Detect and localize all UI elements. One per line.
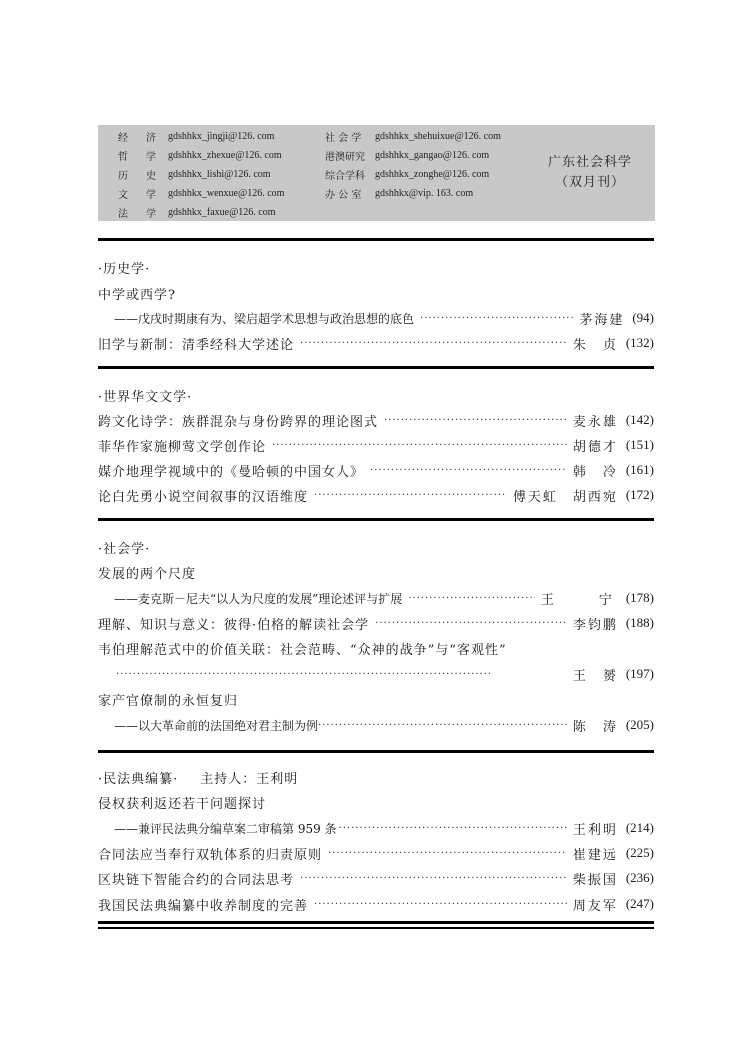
toc-entry[interactable]: ——麦克斯－尼夫“以人为尺度的发展”理论述评与扩展 ··············… [98, 588, 654, 608]
contact-label: 办 公 室 [325, 186, 367, 201]
entry-title: 论白先勇小说空间叙事的汉语维度 [98, 486, 308, 505]
entry-page: (214) [626, 820, 654, 836]
leader-dots: ········································… [272, 440, 567, 451]
entry-page: (236) [626, 870, 654, 886]
toc-entry[interactable]: 我国民法典编纂中收养制度的完善 ························… [98, 894, 654, 914]
contact-email[interactable]: gdshhkx@vip. 163. com [375, 188, 473, 199]
entry-subtitle: ——戊戌时期康有为、梁启超学术思想与政治思想的底色 [114, 310, 414, 327]
entry-author: 柴振国 [573, 869, 618, 888]
leader-dots: ········································… [328, 848, 567, 859]
entry-subtitle: ——兼评民法典分编草案二审稿第 959 条 [114, 820, 337, 837]
contact-label: 法学 [118, 205, 156, 220]
contact-email[interactable]: gdshhkx_wenxue@126. com [168, 188, 284, 199]
entry-author: 崔建远 [573, 844, 618, 863]
journal-title: 广东社会科学 （双月刊） [540, 153, 640, 193]
entry-page: (247) [626, 896, 654, 912]
toc-entry-title[interactable]: 发展的两个尺度 [98, 562, 654, 582]
entry-title: 合同法应当奉行双轨体系的归责原则 [98, 844, 322, 863]
contact-email[interactable]: gdshhkx_zhexue@126. com [168, 150, 282, 161]
entry-title: 区块链下智能合约的合同法思考 [98, 869, 294, 888]
contact-email[interactable]: gdshhkx_zonghe@126. com [375, 169, 489, 180]
entry-title: 媒介地理学视域中的《曼哈顿的中国女人》 [98, 461, 364, 480]
bottom-divider-bottom [98, 927, 654, 929]
leader-dots: ········································… [300, 873, 567, 884]
leader-dots: ········································… [370, 465, 567, 476]
journal-frequency: （双月刊） [540, 173, 640, 193]
toc-entry-title[interactable]: 侵权获利返还若干问题探讨 [98, 792, 654, 812]
toc-entry[interactable]: 跨文化诗学：族群混杂与身份跨界的理论图式 ···················… [98, 410, 654, 430]
entry-author: 王 宁 [541, 589, 628, 608]
entry-page: (197) [626, 666, 654, 682]
leader-dots: ········································… [384, 415, 567, 426]
entry-title: 旧学与新制：清季经科大学述论 [98, 334, 294, 353]
entry-author: 胡德才 [573, 436, 618, 455]
contact-label: 经济 [118, 129, 156, 144]
contact-label: 港澳研究 [325, 148, 367, 163]
entry-author: 李钧鹏 [573, 614, 618, 633]
section-heading-label: ·民法典编纂· [98, 768, 178, 787]
entry-author: 麦永雄 [573, 411, 618, 430]
contact-email[interactable]: gdshhkx_jingji@126. com [168, 131, 274, 142]
toc-entry[interactable]: ——兼评民法典分编草案二审稿第 959 条 ··················… [98, 818, 654, 838]
contact-row-office: 办 公 室 gdshhkx@vip. 163. com [325, 184, 473, 203]
entry-author: 傅天虹 胡西宛 [513, 486, 618, 505]
leader-dots: ········································… [339, 823, 567, 834]
contact-row-philosophy: 哲学 gdshhkx_zhexue@126. com [118, 146, 282, 165]
toc-entry[interactable]: 区块链下智能合约的合同法思考 ·························… [98, 868, 654, 888]
entry-author: 朱 贞 [573, 334, 618, 353]
section-divider [98, 518, 654, 521]
section-heading-history: ·历史学· [98, 257, 654, 277]
toc-entry[interactable]: ——以大革命前的法国绝对君主制为例 ······················… [98, 715, 654, 735]
section-heading-world-chinese-literature: ·世界华文文学· [98, 385, 654, 405]
contact-label: 文学 [118, 186, 156, 201]
leader-dots: ········································… [300, 338, 567, 349]
toc-entry[interactable]: 论白先勇小说空间叙事的汉语维度 ························… [98, 485, 654, 505]
contact-label: 哲学 [118, 148, 156, 163]
entry-author: 王 赟 [573, 665, 618, 684]
journal-name: 广东社会科学 [540, 153, 640, 173]
entry-page: (161) [626, 462, 654, 478]
bottom-divider-top [98, 921, 654, 924]
entry-subtitle: ——以大革命前的法国绝对君主制为例 [114, 717, 318, 734]
leader-dots: ········································… [314, 490, 507, 501]
contact-row-literature: 文学 gdshhkx_wenxue@126. com [118, 184, 284, 203]
toc-entry[interactable]: 旧学与新制：清季经科大学述论 ·························… [98, 333, 654, 353]
leader-dots: ········································… [318, 720, 567, 731]
entry-page: (94) [632, 310, 654, 326]
entry-author: 茅海建 [579, 309, 624, 328]
toc-entry-title[interactable]: 中学或西学? [98, 283, 654, 303]
entry-subtitle: ——麦克斯－尼夫“以人为尺度的发展”理论述评与扩展 [114, 590, 402, 607]
contact-row-law: 法学 gdshhkx_faxue@126. com [118, 203, 276, 222]
toc-entry-title[interactable]: 家产官僚制的永恒复归 [98, 689, 654, 709]
entry-title: 跨文化诗学：族群混杂与身份跨界的理论图式 [98, 411, 378, 430]
toc-entry[interactable]: ········································… [98, 664, 654, 684]
contact-row-economics: 经济 gdshhkx_jingji@126. com [118, 127, 274, 146]
leader-dots: ········································… [408, 593, 535, 604]
entry-page: (178) [626, 590, 654, 606]
contact-email[interactable]: gdshhkx_gangao@126. com [375, 150, 489, 161]
toc-entry[interactable]: 菲华作家施柳莺文学创作论 ···························… [98, 435, 654, 455]
contact-row-general: 综合学科 gdshhkx_zonghe@126. com [325, 165, 489, 184]
entry-page: (172) [626, 487, 654, 503]
entry-title: 理解、知识与意义：彼得·伯格的解读社会学 [98, 614, 369, 633]
leader-dots: ········································… [314, 899, 567, 910]
entry-page: (225) [626, 845, 654, 861]
section-divider [98, 238, 654, 241]
entry-author: 韩 冷 [573, 461, 618, 480]
section-divider [98, 750, 654, 753]
contact-row-hk-macao: 港澳研究 gdshhkx_gangao@126. com [325, 146, 489, 165]
entry-page: (205) [626, 717, 654, 733]
leader-dots: ········································… [420, 313, 573, 324]
contact-label: 综合学科 [325, 167, 367, 182]
contact-label: 历史 [118, 167, 156, 182]
contact-email[interactable]: gdshhkx_faxue@126. com [168, 207, 276, 218]
entry-title: 我国民法典编纂中收养制度的完善 [98, 895, 308, 914]
section-host: 主持人：王利明 [200, 768, 298, 787]
entry-author: 王利明 [573, 819, 618, 838]
contact-email[interactable]: gdshhkx_lishi@126. com [168, 169, 271, 180]
entry-page: (142) [626, 412, 654, 428]
section-divider [98, 366, 654, 369]
entry-page: (188) [626, 615, 654, 631]
toc-entry[interactable]: 合同法应当奉行双轨体系的归责原则 ·······················… [98, 843, 654, 863]
contact-email[interactable]: gdshhkx_shehuixue@126. com [375, 131, 501, 142]
section-heading-civil-code: ·民法典编纂· 主持人：王利明 [98, 767, 654, 787]
leader-dots: ········································… [116, 669, 567, 680]
contact-label: 社 会 学 [325, 129, 367, 144]
toc-entry[interactable]: 媒介地理学视域中的《曼哈顿的中国女人》 ····················… [98, 460, 654, 480]
entry-author: 周友军 [573, 895, 618, 914]
leader-dots: ········································… [375, 618, 567, 629]
contact-row-history: 历史 gdshhkx_lishi@126. com [118, 165, 271, 184]
toc-entry[interactable]: 理解、知识与意义：彼得·伯格的解读社会学 ···················… [98, 613, 654, 633]
entry-page: (151) [626, 437, 654, 453]
toc-entry[interactable]: ——戊戌时期康有为、梁启超学术思想与政治思想的底色 ··············… [98, 308, 654, 328]
section-heading-sociology: ·社会学· [98, 537, 654, 557]
entry-page: (132) [626, 335, 654, 351]
entry-title: 菲华作家施柳莺文学创作论 [98, 436, 266, 455]
toc-entry-title[interactable]: 韦伯理解范式中的价值关联：社会范畴、“众神的战争”与“客观性” [98, 638, 654, 658]
entry-author: 陈 涛 [573, 716, 618, 735]
contact-row-sociology: 社 会 学 gdshhkx_shehuixue@126. com [325, 127, 501, 146]
